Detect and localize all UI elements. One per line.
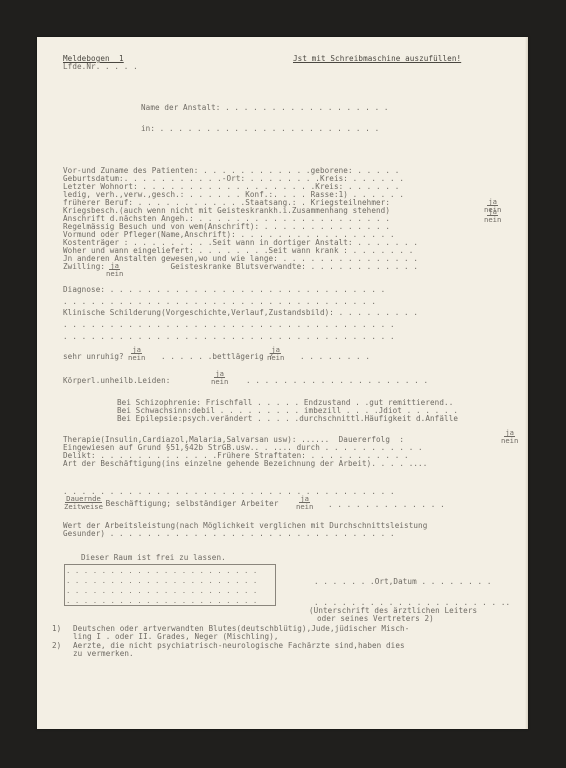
diagnosis-field[interactable]: Diagnose: . . . . . . . . . . . . . . . … (63, 285, 385, 294)
footnote-1-cont: ling I . oder II. Grades, Neger (Mischli… (73, 632, 279, 641)
clinical-description-field[interactable]: Klinische Schilderung(Vorgeschichte,Verl… (63, 308, 418, 317)
employment-label: Beschäftigung; selbständiger Arbeiter (101, 499, 279, 508)
lasting-success-choice[interactable]: ja nein (500, 429, 519, 444)
twin-choice[interactable]: ja nein (105, 262, 124, 277)
war-injury-choice[interactable]: ja nein (483, 208, 502, 223)
physical-illness-label: Körperl.unheilb.Leiden: (63, 376, 170, 385)
bedridden-dots[interactable]: . . . . . . . . (300, 352, 370, 361)
serial-number-field[interactable]: Lfde.Nr. . . . . (63, 62, 138, 71)
occupation-dots[interactable]: . . . . . . . . . . . . . . . . . . . . … (63, 487, 395, 496)
restless-choice[interactable]: ja nein (127, 346, 146, 361)
footnote-2-number: 2) (52, 641, 61, 650)
epilepsy-field[interactable]: Bei Epilepsie:psych.verändert . . . . .d… (117, 414, 458, 423)
bedridden-choice[interactable]: ja nein (266, 346, 285, 361)
form-page: Meldebogen 1 Lfde.Nr. . . . . Jst mit Sc… (37, 37, 528, 729)
restless-label: sehr unruhig? (63, 352, 124, 361)
footnote-1-number: 1) (52, 624, 61, 633)
employment-dots[interactable]: . . . . . . . . . . . . . (328, 500, 445, 509)
bedridden-label: . . . . . .bettlägerig ? (161, 352, 273, 361)
signature-caption-2: oder seines Vertreters 2) (317, 614, 434, 623)
employment-duration-choice[interactable]: Dauernde Zeitweise (63, 495, 104, 510)
occupation-type-field[interactable]: Art der Beschäftigung(ins einzelne gehen… (63, 459, 427, 468)
institution-location-field[interactable]: in: . . . . . . . . . . . . . . . . . . … (141, 124, 379, 133)
work-value-continued[interactable]: Gesunder) . . . . . . . . . . . . . . . … (63, 529, 395, 538)
physical-illness-dots[interactable]: . . . . . . . . . . . . . . . . . . . . (246, 376, 428, 385)
diagnosis-dots[interactable]: . . . . . . . . . . . . . . . . . . . . … (63, 297, 376, 306)
clinical-dots-2[interactable]: . . . . . . . . . . . . . . . . . . . . … (63, 332, 395, 341)
place-date-field[interactable]: . . . . . . .Ort,Datum . . . . . . . . (314, 577, 492, 586)
institution-name-field[interactable]: Name der Anstalt: . . . . . . . . . . . … (141, 103, 389, 112)
reserved-box-caption: Dieser Raum ist frei zu lassen. (81, 553, 226, 562)
clinical-dots-1[interactable]: . . . . . . . . . . . . . . . . . . . . … (63, 320, 395, 329)
typewriter-instruction: Jst mit Schreibmaschine auszufüllen! (293, 54, 461, 63)
footnote-2-cont: zu vermerken. (73, 649, 134, 658)
reserved-box: . . . . . . . . . . . . . . . . . . . . … (64, 564, 276, 606)
independent-worker-choice[interactable]: ja nein (295, 495, 314, 510)
physical-illness-choice[interactable]: ja nein (210, 370, 229, 385)
